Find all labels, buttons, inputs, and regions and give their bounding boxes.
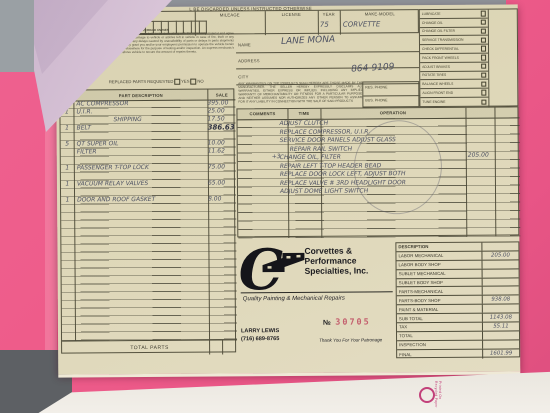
checkbox [481, 90, 487, 96]
recycled-paper-text: Printed On Recycled Paper [434, 381, 442, 413]
repair-order-sheet: L BE DISCARDED UNLESS INSTRUCTED OTHERWI… [56, 4, 521, 374]
part-row: 1BELT386.63 [61, 123, 236, 132]
make-model-header: MAKE-MODEL [340, 11, 420, 17]
summary-table: DESCRIPTION LABOR MECHANICAL205.00 LABOR… [395, 241, 520, 358]
operation-header: OPERATION [320, 110, 465, 116]
checkbox [481, 81, 487, 87]
owner-name: LARRY LEWIS [241, 328, 279, 334]
license-header: LICENSE [265, 12, 318, 17]
service-checklist: LUBRICATE CHANGE OIL CHANGE OIL FILTER S… [419, 8, 519, 107]
company-phone: (716) 689-8765 [241, 336, 279, 342]
no-label: NO [197, 79, 203, 84]
parts-ruled-rows: 1AC COMPRESSOR395.00 1U.I.R.25.00 SHIPPI… [60, 99, 237, 340]
year-value: 75 [320, 21, 329, 29]
operation-line: CHANGE OIL, FILTER [280, 154, 341, 161]
warranty-text: ANY WARRANTIES ON THE PRODUCTS SOLD HERE… [238, 81, 362, 104]
labor-amount-value: 205.00 [468, 152, 489, 159]
checkbox [480, 11, 486, 17]
operations-table: COMMENTS TIME OPERATION ADJUST CLUTCH RE… [236, 106, 519, 237]
operations-ruled-rows: ADJUST CLUTCH REPLACE COMPRESSOR, U.I.R.… [238, 117, 521, 238]
operation-line: ADJUST DOME LIGHT SWITCH [280, 187, 368, 195]
yes-label: YES [181, 79, 189, 84]
city-label: CITY [238, 74, 248, 79]
phone-cells: RES. PHONE BUS. PHONE [362, 81, 419, 107]
part-description-header: PART DESCRIPTION [73, 92, 208, 98]
bus-phone-label: BUS. PHONE [365, 98, 387, 102]
replaced-parts-line: REPLACED PARTS REQUESTED YES NO [78, 78, 234, 85]
operation-line: REPAIR RAIL SWITCH [290, 145, 352, 152]
checkbox [480, 20, 486, 26]
phone-value: 864-9109 [351, 62, 395, 75]
yes-checkbox [175, 79, 181, 85]
checkbox [481, 72, 487, 78]
comments-header: COMMENTS [237, 111, 287, 116]
checkbox [481, 55, 487, 61]
checkbox [481, 46, 487, 52]
company-block: C Corvettes & Performance Specialties, I… [238, 239, 396, 358]
company-name: Corvettes & Performance Specialties, Inc… [304, 245, 368, 276]
company-tagline: Quality Painting & Mechanical Repairs [243, 296, 345, 303]
res-phone-label: RES. PHONE [365, 85, 387, 89]
total-parts-label: TOTAL PARTS [62, 344, 237, 351]
part-row: 1PASSENGER T-TOP LOCK75.00 [61, 163, 236, 172]
checkbox [480, 28, 486, 34]
summary-row: FINAL1601.99 [397, 349, 519, 359]
part-row: 1DOOR AND ROOF GASKET8.00 [61, 195, 236, 204]
name-label: NAME [238, 42, 251, 47]
mileage-header: MILEAGE [195, 12, 265, 17]
sale-header: SALE [208, 92, 235, 97]
warranty-block: ANY WARRANTIES ON THE PRODUCTS SOLD HERE… [238, 81, 362, 109]
no-checkbox [191, 79, 197, 85]
customer-name-value: LANE MONA [281, 35, 336, 47]
comments-mark: +3 [272, 153, 281, 160]
year-header: YEAR [318, 12, 340, 17]
checkbox [480, 37, 486, 43]
part-row: 1VACUUM RELAY VALVES65.00 [61, 179, 236, 188]
parts-table: QTY PART DESCRIPTION SALE 1AC COMPRESSOR… [59, 88, 236, 353]
address-label: ADDRESS [238, 58, 260, 63]
checkbox [481, 99, 487, 105]
invoice-number: № 30705 [323, 311, 371, 329]
company-logo-icon: C [240, 242, 304, 294]
checklist-row: TUNE ENGINE [420, 98, 488, 107]
total-parts-row: TOTAL PARTS [62, 339, 237, 355]
operation-line: REPLACE COMPRESSOR, U.I.R. [280, 128, 371, 136]
time-header: TIME [287, 111, 320, 116]
recycled-paper-logo-icon [419, 387, 435, 403]
replaced-parts-label: REPLACED PARTS REQUESTED [109, 79, 174, 84]
number-label: № [323, 320, 331, 327]
make-model-value: CORVETTE [343, 20, 381, 28]
number-value: 30705 [335, 317, 371, 327]
checkbox [481, 64, 487, 70]
part-row: FILTER11.62 [61, 147, 236, 156]
thanks-note: Thank You For Your Patronage [319, 337, 382, 342]
operation-line: ADJUST CLUTCH [280, 120, 329, 127]
